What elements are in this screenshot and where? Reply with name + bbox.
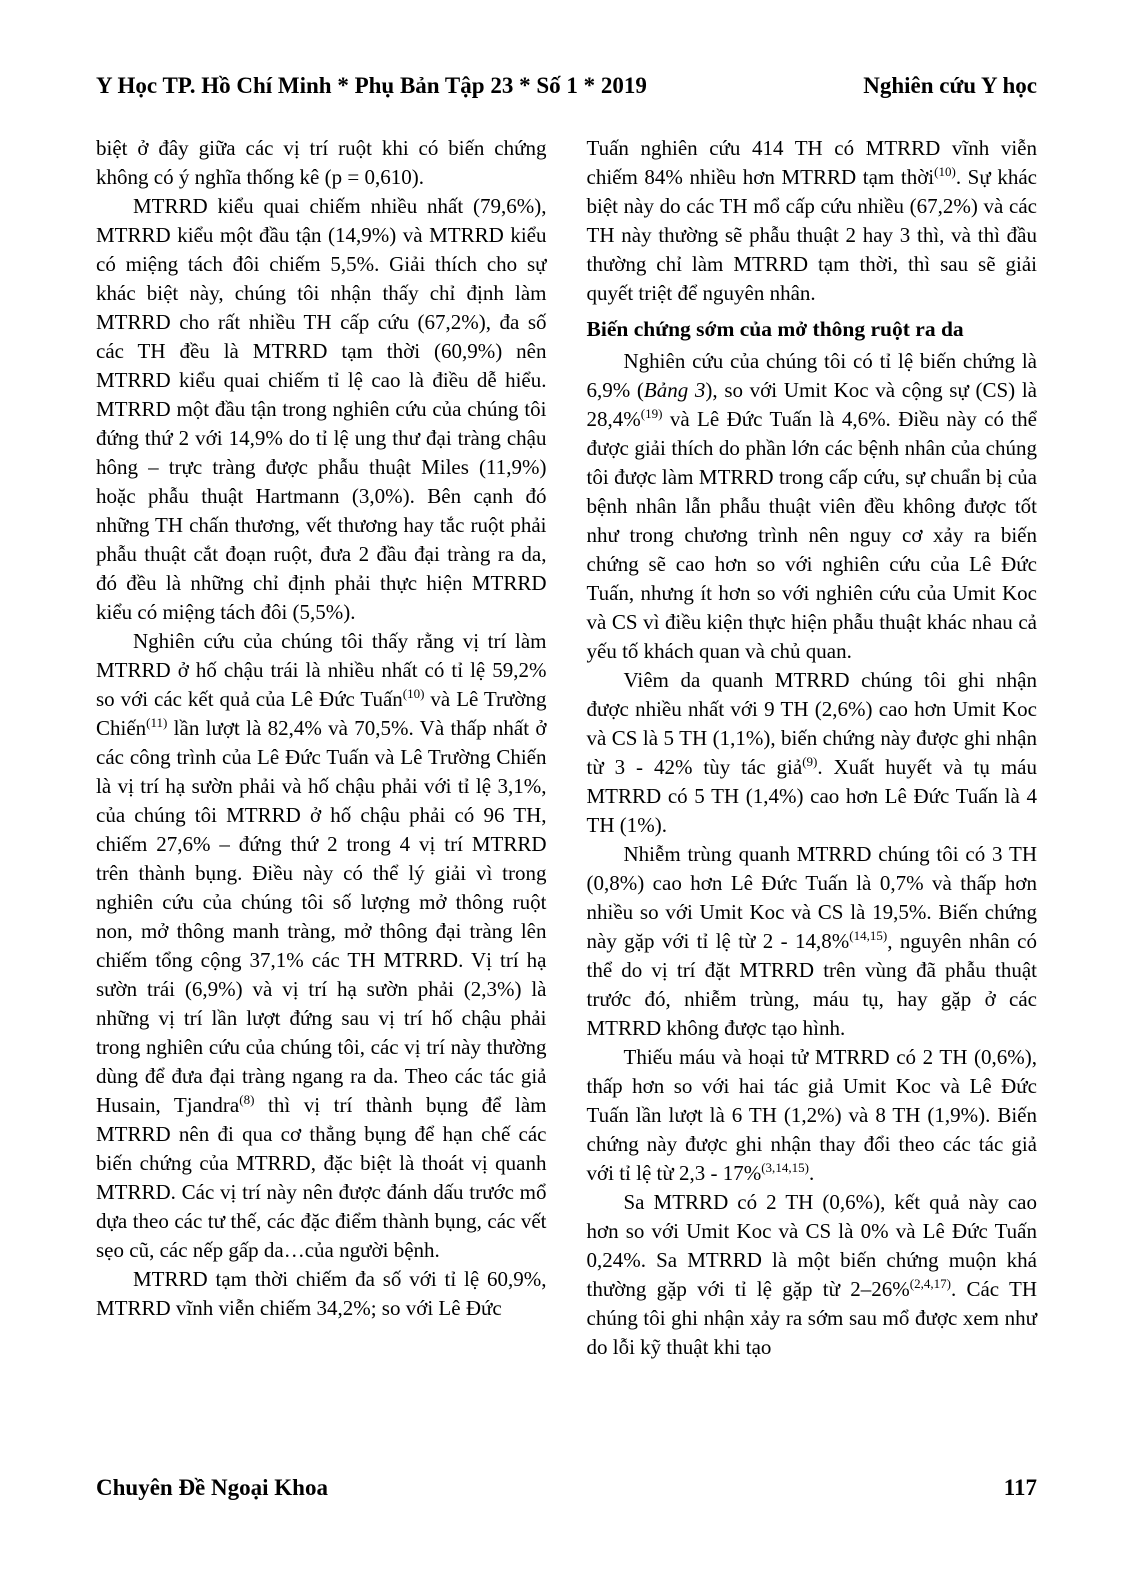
citation-superscript: (19) — [641, 406, 663, 421]
footer-page-number: 117 — [1004, 1474, 1037, 1502]
citation-superscript: (10) — [403, 686, 425, 701]
page-footer: Chuyên Đề Ngoại Khoa 117 — [96, 1474, 1037, 1502]
italic-reference: Bảng 3 — [644, 378, 706, 402]
paragraph: Nghiên cứu của chúng tôi thấy rằng vị tr… — [96, 627, 547, 1265]
citation-superscript: (2,4,17) — [910, 1276, 951, 1291]
paragraph: biệt ở đây giữa các vị trí ruột khi có b… — [96, 134, 547, 192]
right-column: Tuấn nghiên cứu 414 TH có MTRRD vĩnh viễ… — [587, 134, 1038, 1362]
paragraph: Sa MTRRD có 2 TH (0,6%), kết quả này cao… — [587, 1188, 1038, 1362]
section-heading: Biến chứng sớm của mở thông ruột ra da — [587, 315, 1038, 344]
citation-superscript: (9) — [802, 754, 817, 769]
citation-superscript: (11) — [146, 715, 167, 730]
text-run: MTRRD tạm thời chiếm đa số với tỉ lệ 60,… — [96, 1267, 547, 1320]
text-run: thì vị trí thành bụng để làm MTRRD nên đ… — [96, 1093, 547, 1262]
text-run: và Lê Đức Tuấn là 4,6%. Điều này có thể … — [587, 407, 1038, 663]
text-run: lần lượt là 82,4% và 70,5%. Và thấp nhất… — [96, 716, 547, 1117]
footer-section-name: Chuyên Đề Ngoại Khoa — [96, 1474, 328, 1502]
text-run: . — [809, 1161, 814, 1185]
paragraph: Nghiên cứu của chúng tôi có tỉ lệ biến c… — [587, 347, 1038, 666]
citation-superscript: (10) — [934, 164, 956, 179]
text-run: biệt ở đây giữa các vị trí ruột khi có b… — [96, 136, 547, 189]
paragraph: Nhiễm trùng quanh MTRRD chúng tôi có 3 T… — [587, 840, 1038, 1043]
header-journal-title: Y Học TP. Hồ Chí Minh * Phụ Bản Tập 23 *… — [96, 72, 647, 100]
citation-superscript: (14,15) — [849, 928, 887, 943]
paragraph: Viêm da quanh MTRRD chúng tôi ghi nhận đ… — [587, 666, 1038, 840]
paragraph: MTRRD tạm thời chiếm đa số với tỉ lệ 60,… — [96, 1265, 547, 1323]
header-section-title: Nghiên cứu Y học — [863, 72, 1037, 100]
paragraph: Tuấn nghiên cứu 414 TH có MTRRD vĩnh viễ… — [587, 134, 1038, 308]
text-run: Biến chứng sớm của mở thông ruột ra da — [587, 317, 964, 341]
text-run: MTRRD kiểu quai chiếm nhiều nhất (79,6%)… — [96, 194, 547, 624]
page-header: Y Học TP. Hồ Chí Minh * Phụ Bản Tập 23 *… — [96, 72, 1037, 100]
left-column: biệt ở đây giữa các vị trí ruột khi có b… — [96, 134, 547, 1362]
paragraph: Thiếu máu và hoại tử MTRRD có 2 TH (0,6%… — [587, 1043, 1038, 1188]
citation-superscript: (3,14,15) — [761, 1160, 809, 1175]
article-body: biệt ở đây giữa các vị trí ruột khi có b… — [96, 134, 1037, 1362]
journal-page: Y Học TP. Hồ Chí Minh * Phụ Bản Tập 23 *… — [0, 0, 1129, 1570]
citation-superscript: (8) — [239, 1092, 254, 1107]
paragraph: MTRRD kiểu quai chiếm nhiều nhất (79,6%)… — [96, 192, 547, 627]
